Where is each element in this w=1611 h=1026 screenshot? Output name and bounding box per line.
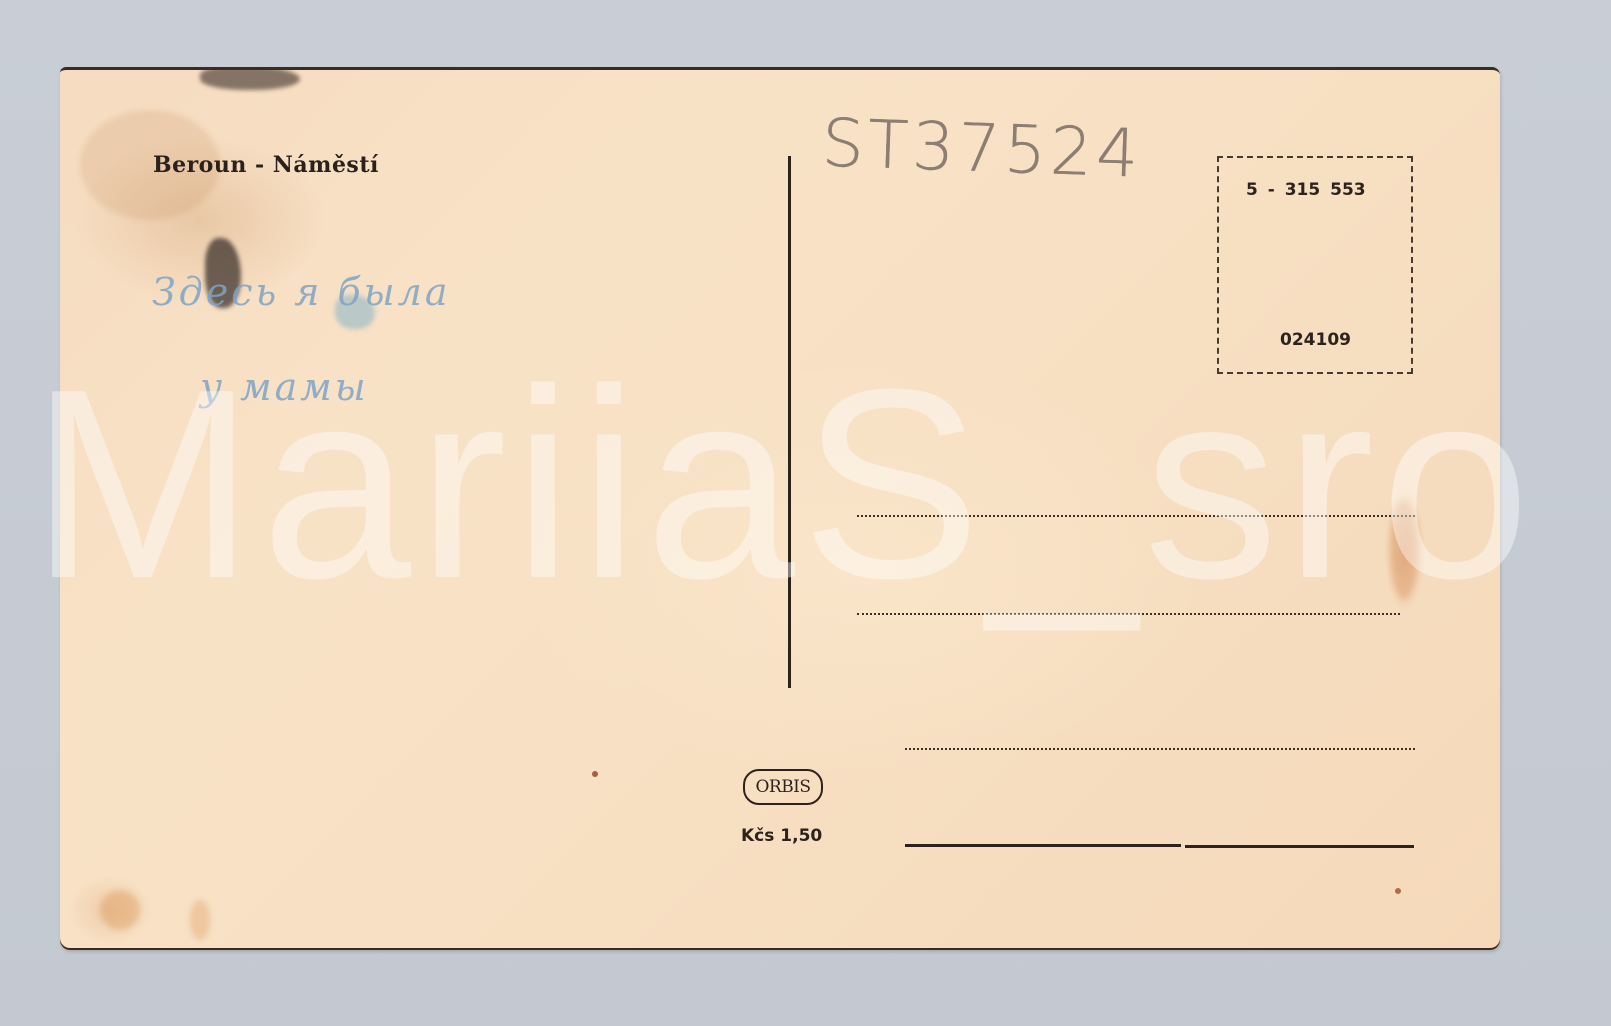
age-stain	[190, 900, 210, 940]
handwritten-message-line-1: Здесь я была	[152, 270, 451, 314]
ink-spot	[1395, 888, 1401, 894]
ink-spot	[592, 771, 598, 777]
address-line-4	[905, 844, 1181, 847]
handwritten-message-line-2: у мамы	[200, 365, 369, 409]
postcard-back: Beroun - Náměstí Здесь я была у мамы ST3…	[60, 67, 1500, 950]
price-label: Kčs 1,50	[741, 826, 822, 846]
address-line-4b	[1185, 845, 1414, 848]
message-address-divider	[788, 156, 791, 688]
publisher-logo: ORBIS	[743, 769, 823, 805]
scene: Beroun - Náměstí Здесь я была у мамы ST3…	[0, 0, 1611, 1026]
age-stain	[100, 890, 140, 930]
address-line-2	[857, 613, 1400, 615]
ink-blot	[200, 67, 300, 90]
address-line-1	[857, 515, 1415, 517]
stamp-box-code-bottom: 024109	[1280, 330, 1351, 350]
pencil-inventory-code: ST37524	[821, 104, 1144, 192]
location-caption: Beroun - Náměstí	[153, 152, 379, 178]
stamp-box: 5 - 315 553 024109	[1217, 156, 1413, 374]
address-line-3	[905, 748, 1415, 750]
stamp-box-code-top: 5 - 315 553	[1246, 180, 1366, 200]
